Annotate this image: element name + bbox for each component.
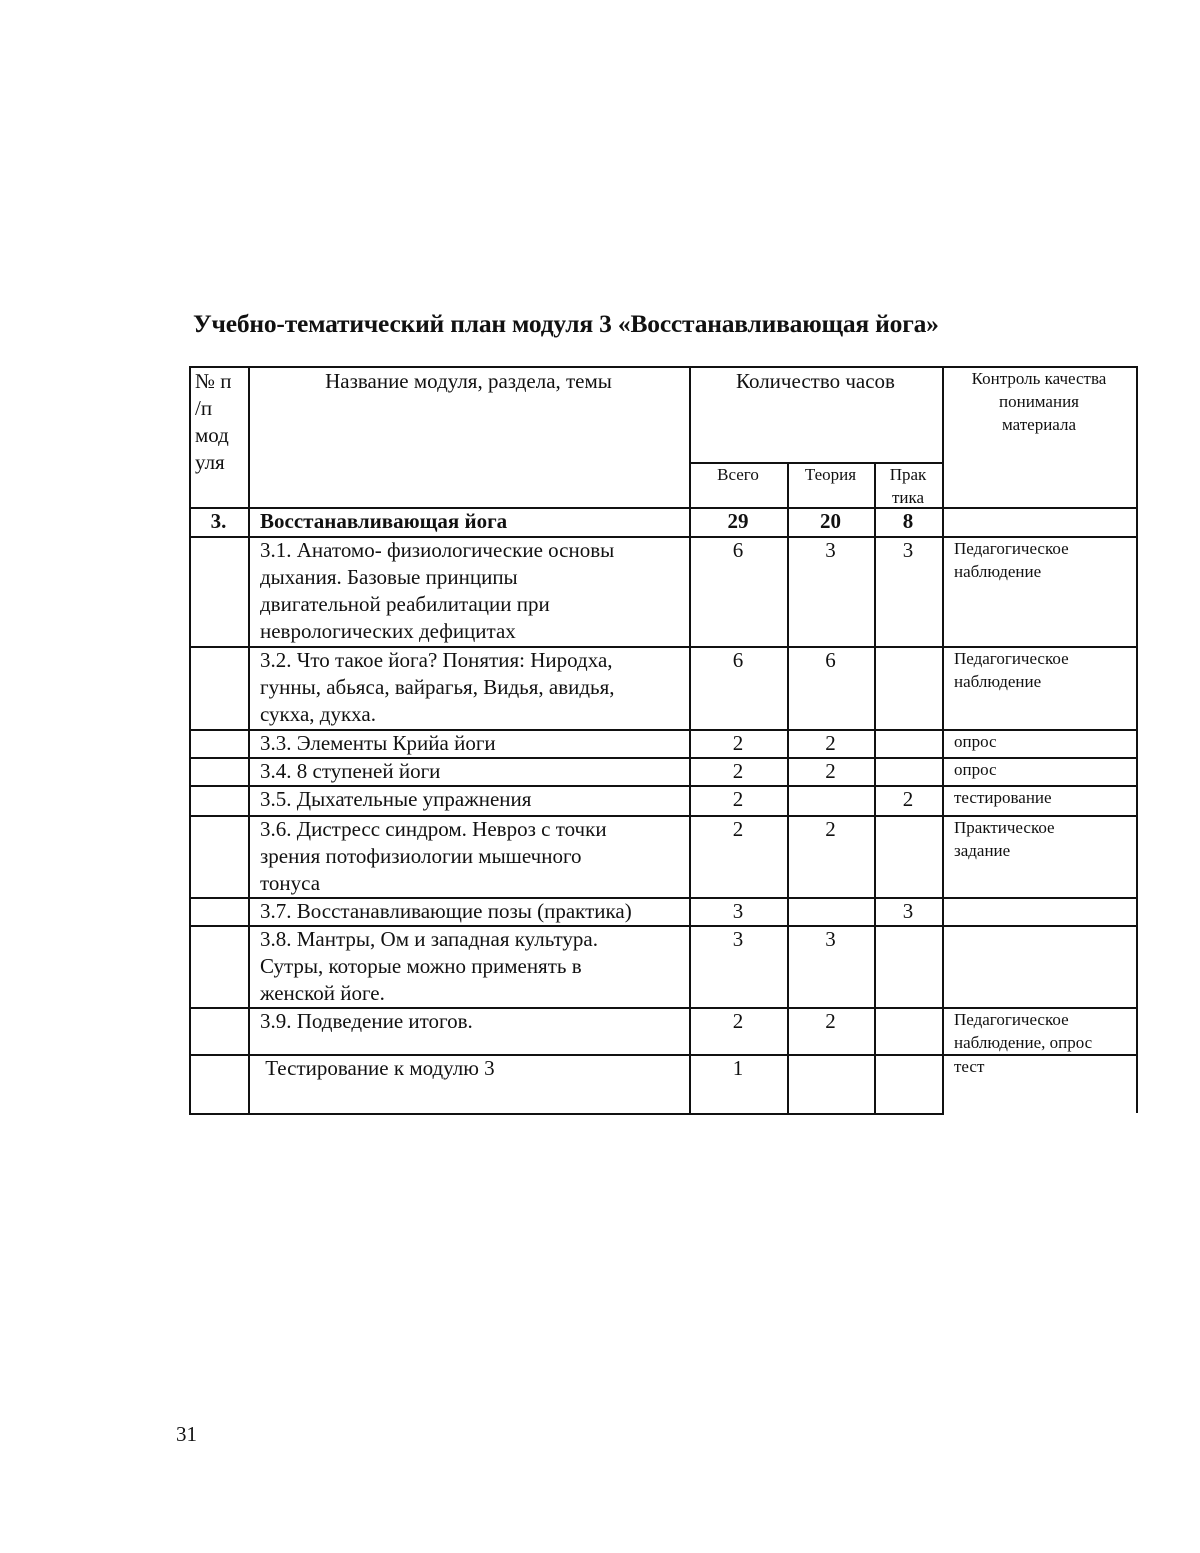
- topic-total: 2: [689, 758, 787, 785]
- table-border: [189, 646, 1138, 648]
- topic-total: 6: [689, 537, 787, 564]
- table-border: [874, 462, 876, 1115]
- header-practice: Практика: [874, 463, 942, 509]
- table-border: [189, 785, 1138, 787]
- module-total: 29: [689, 508, 787, 535]
- topic-control: Практическоезадание: [954, 816, 1136, 862]
- topic-theory: 6: [787, 647, 874, 674]
- table-border: [189, 507, 1138, 509]
- table-border: [189, 925, 1138, 927]
- header-total: Всего: [689, 463, 787, 486]
- table-border: [189, 815, 1138, 817]
- topic-name: Тестирование к модулю 3: [260, 1055, 689, 1082]
- table-border: [942, 366, 944, 1115]
- module-practice: 8: [874, 508, 942, 535]
- topic-theory: 3: [787, 926, 874, 953]
- topic-practice: 3: [874, 537, 942, 564]
- topic-theory: 2: [787, 758, 874, 785]
- table-border: [189, 757, 1138, 759]
- table-border: [189, 536, 1138, 538]
- header-name: Название модуля, раздела, темы: [248, 368, 689, 395]
- table-border: [248, 366, 250, 1115]
- topic-total: 1: [689, 1055, 787, 1082]
- topic-name: 3.2. Что такое йога? Понятия: Ниродха,гу…: [260, 647, 689, 728]
- table-border: [689, 366, 691, 1115]
- topic-name: 3.3. Элементы Крийа йоги: [260, 730, 689, 757]
- table-border: [189, 1007, 1138, 1009]
- module-name: Восстанавливающая йога: [260, 508, 689, 535]
- topic-control: Педагогическоенаблюдение: [954, 647, 1136, 693]
- topic-name: 3.7. Восстанавливающие позы (практика): [260, 898, 689, 925]
- table-border: [189, 897, 1138, 899]
- topic-name: 3.6. Дистресс синдром. Невроз с точкизре…: [260, 816, 689, 897]
- table-border: [689, 462, 942, 464]
- table-border: [787, 462, 789, 1115]
- topic-theory: 2: [787, 1008, 874, 1035]
- table-border: [189, 729, 1138, 731]
- topic-total: 2: [689, 816, 787, 843]
- topic-control: тестирование: [954, 786, 1136, 809]
- topic-control: тест: [954, 1055, 1136, 1078]
- table-border: [189, 366, 191, 1115]
- topic-name: 3.5. Дыхательные упражнения: [260, 786, 689, 813]
- topic-total: 6: [689, 647, 787, 674]
- topic-total: 3: [689, 926, 787, 953]
- topic-practice: 3: [874, 898, 942, 925]
- topic-total: 2: [689, 730, 787, 757]
- topic-name: 3.9. Подведение итогов.: [260, 1008, 689, 1035]
- header-theory: Теория: [787, 463, 874, 486]
- topic-total: 2: [689, 786, 787, 813]
- topic-control: Педагогическоенаблюдение: [954, 537, 1136, 583]
- topic-practice: 2: [874, 786, 942, 813]
- header-number: № п/пмодуля: [195, 368, 251, 476]
- topic-name: 3.4. 8 ступеней йоги: [260, 758, 689, 785]
- module-number: 3.: [189, 508, 248, 535]
- topic-control: Педагогическоенаблюдение, опрос: [954, 1008, 1136, 1054]
- topic-theory: 3: [787, 537, 874, 564]
- document-title: Учебно-тематический план модуля 3 «Восст…: [193, 309, 939, 339]
- topic-name: 3.8. Мантры, Ом и западная культура.Сутр…: [260, 926, 689, 1007]
- topic-theory: 2: [787, 816, 874, 843]
- topic-total: 3: [689, 898, 787, 925]
- table-border: [1136, 366, 1138, 1113]
- topic-total: 2: [689, 1008, 787, 1035]
- page-number: 31: [176, 1422, 197, 1447]
- topic-theory: 2: [787, 730, 874, 757]
- table-border: [189, 1113, 944, 1115]
- module-theory: 20: [787, 508, 874, 535]
- header-control: Контроль качествапониманияматериала: [942, 367, 1136, 436]
- table-border: [189, 366, 1138, 368]
- table-border: [189, 1054, 1138, 1056]
- topic-control: опрос: [954, 758, 1136, 781]
- topic-control: опрос: [954, 730, 1136, 753]
- header-hours-group: Количество часов: [689, 368, 942, 395]
- topic-name: 3.1. Анатомо- физиологические основыдыха…: [260, 537, 689, 645]
